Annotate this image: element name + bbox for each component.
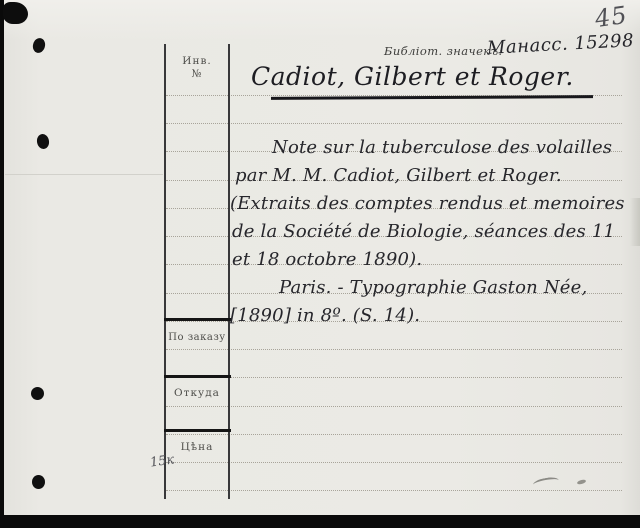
- entry-line: par M. M. Cadiot, Gilbert et Roger.: [235, 165, 562, 186]
- entry-line: et 18 octobre 1890).: [232, 249, 422, 270]
- cell-separator: [164, 375, 231, 378]
- scan-corner-artifact: [3, 2, 28, 24]
- ruled-line: [166, 462, 622, 463]
- page-number: 45: [593, 1, 629, 33]
- entry-line: (Extraits des comptes rendus et memoires: [230, 193, 625, 214]
- library-mark-label: Библіот. значекъ:: [384, 44, 503, 58]
- inventory-number-label: Инв. №: [164, 55, 230, 81]
- scan-edge-bottom: [0, 515, 640, 528]
- order-label: По заказу: [164, 331, 230, 344]
- origin-label: Откуда: [164, 387, 230, 400]
- entry-line: de la Société de Biologie, séances des 1…: [232, 221, 615, 242]
- entry-line: Note sur la tuberculose des volailles: [272, 137, 612, 158]
- ruled-line: [166, 377, 622, 378]
- ruled-line: [166, 349, 622, 350]
- ruled-line: [166, 490, 622, 491]
- edge-smudge: [630, 198, 640, 246]
- inventory-label-line2: №: [164, 68, 230, 81]
- ruled-line: [166, 123, 622, 124]
- cell-separator: [164, 429, 231, 432]
- ruled-line: [166, 406, 622, 407]
- cell-separator: [164, 318, 231, 321]
- ruled-line: [166, 434, 622, 435]
- entry-line: Paris. - Typographie Gaston Née,: [279, 277, 587, 298]
- crease-line: [5, 174, 163, 175]
- catalog-card-scan: Инв. № По заказу Откуда Цѣна 15к 45 Библ…: [0, 0, 640, 528]
- inventory-label-line1: Инв.: [164, 55, 230, 68]
- entry-line: [1890] in 8º. (S. 14).: [230, 305, 420, 326]
- hole-punch: [32, 475, 45, 489]
- entry-heading: Cadiot, Gilbert et Roger.: [251, 62, 574, 91]
- scan-edge-left: [0, 0, 4, 528]
- price-label: Цѣна: [164, 441, 230, 454]
- hole-punch: [31, 387, 44, 400]
